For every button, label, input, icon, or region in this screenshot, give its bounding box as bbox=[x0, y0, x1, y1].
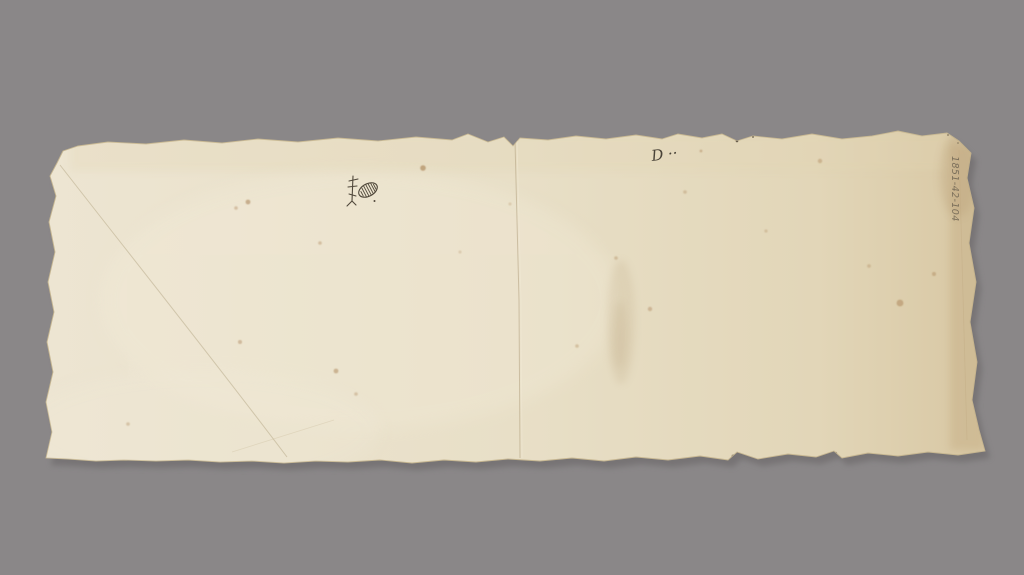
accession-number-inscription: 1851-42-104 bbox=[949, 156, 960, 222]
ink-dot bbox=[374, 200, 376, 202]
faint-vertical-stain-core bbox=[613, 301, 627, 369]
paper-sheet: D ·· 1851-42-104 bbox=[20, 131, 990, 490]
photo-stage: D ·· 1851-42-104 bbox=[0, 0, 1024, 575]
top-ink-inscription: D ·· bbox=[649, 144, 678, 165]
